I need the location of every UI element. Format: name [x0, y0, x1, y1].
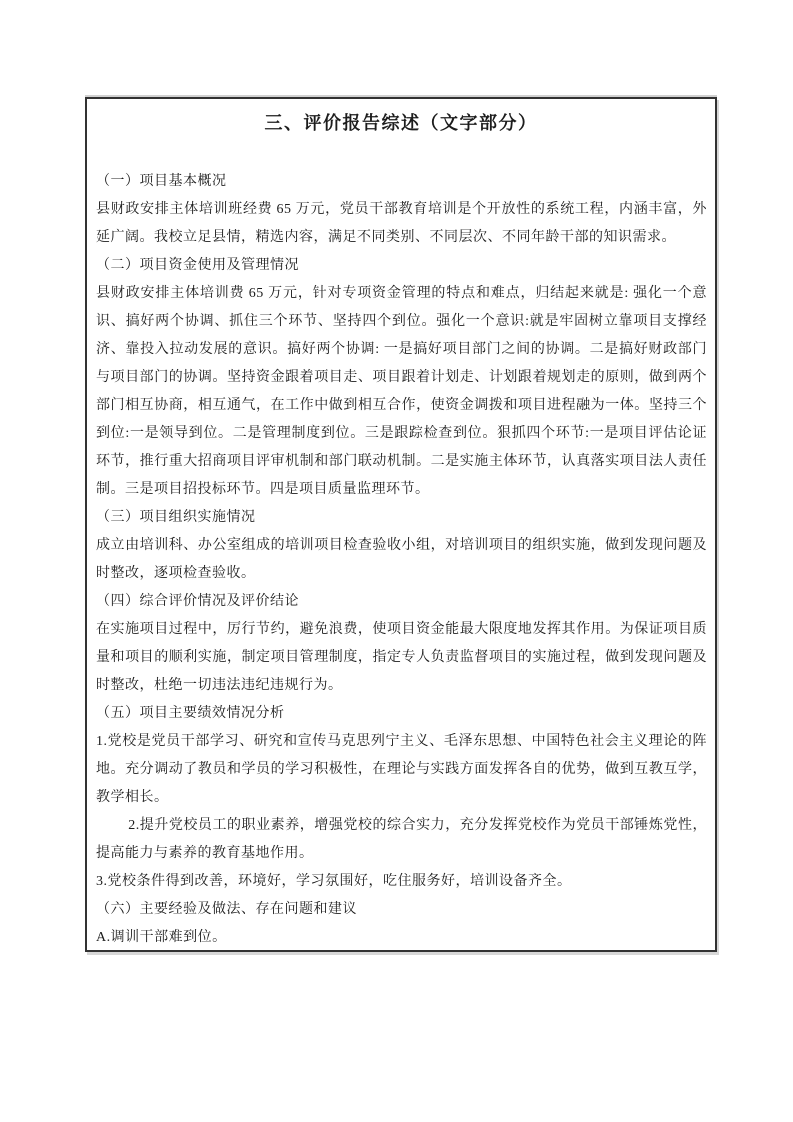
section-2-body: 县财政安排主体培训费 65 万元，针对专项资金管理的特点和难点，归结起来就是: …	[96, 280, 707, 504]
section-2-heading: （二）项目资金使用及管理情况	[96, 252, 707, 280]
section-5-item-2: 2.提升党校员工的职业素养，增强党校的综合实力，充分发挥党校作为党员干部锤炼党性…	[96, 812, 707, 868]
section-4-heading: （四）综合评价情况及评价结论	[96, 588, 707, 616]
section-5-heading: （五）项目主要绩效情况分析	[96, 700, 707, 728]
section-1-heading: （一）项目基本概况	[96, 168, 707, 196]
section-6-heading: （六）主要经验及做法、存在问题和建议	[96, 896, 707, 924]
section-5-item-1: 1.党校是党员干部学习、研究和宣传马克思列宁主义、毛泽东思想、中国特色社会主义理…	[96, 728, 707, 812]
section-4-body: 在实施项目过程中，厉行节约，避免浪费，使项目资金能最大限度地发挥其作用。为保证项…	[96, 616, 707, 700]
page: { "document": { "title": "三、评价报告综述（文字部分）…	[0, 0, 793, 1122]
section-5-item-3: 3.党校条件得到改善，环境好，学习氛围好，吃住服务好，培训设备齐全。	[96, 868, 707, 896]
report-summary-box: 三、评价报告综述（文字部分） （一）项目基本概况 县财政安排主体培训班经费 65…	[85, 97, 717, 952]
section-3-body: 成立由培训科、办公室组成的培训项目检查验收小组，对培训项目的组织实施，做到发现问…	[96, 532, 707, 588]
section-3-heading: （三）项目组织实施情况	[96, 504, 707, 532]
page-title: 三、评价报告综述（文字部分）	[93, 110, 709, 136]
section-6-item-a: A.调训干部难到位。	[96, 924, 707, 952]
report-body: （一）项目基本概况 县财政安排主体培训班经费 65 万元，党员干部教育培训是个开…	[87, 136, 715, 952]
section-1-body: 县财政安排主体培训班经费 65 万元，党员干部教育培训是个开放性的系统工程，内涵…	[96, 196, 707, 252]
